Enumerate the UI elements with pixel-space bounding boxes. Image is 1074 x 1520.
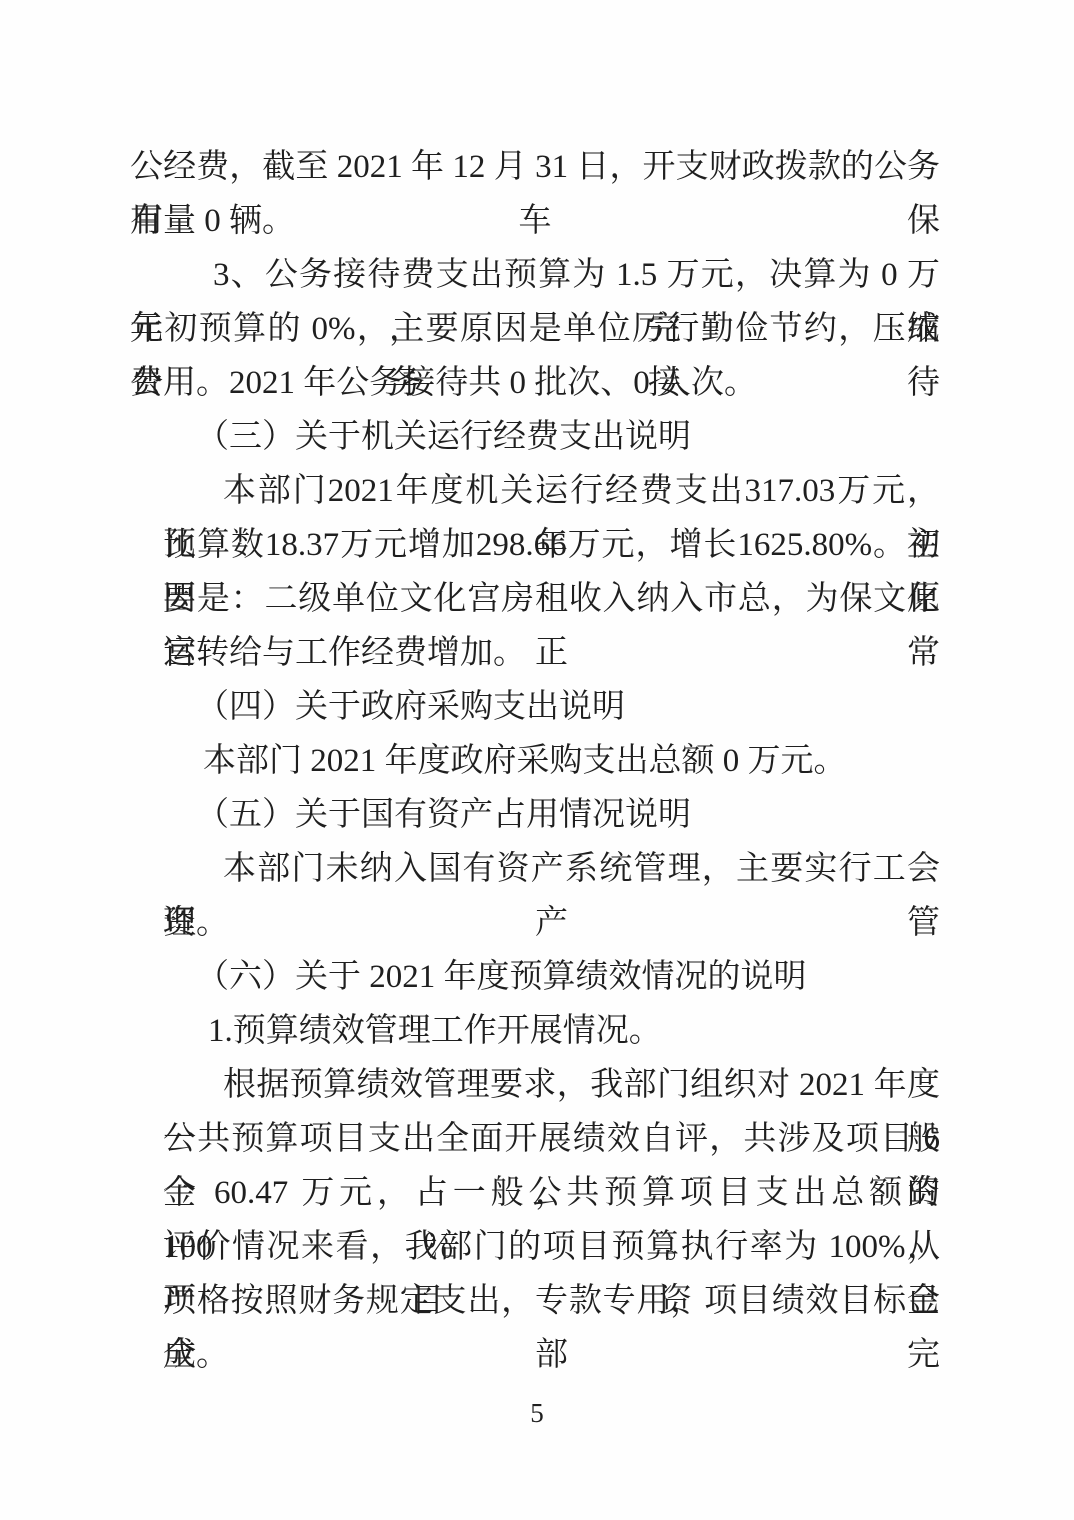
page-number: 5 (0, 1396, 1074, 1430)
text-line: 严格按照财务规定支出，专款专用，项目绩效目标已全部完 (163, 1274, 940, 1328)
text-line: 本部门未纳入国有资产系统管理，主要实行工会资产管 (163, 842, 940, 896)
text-line: 公共预算项目支出全面开展绩效自评，共涉及项目 6 个，资 (163, 1112, 940, 1166)
text-line: 预算数18.37万元增加298.66万元，增长1625.80%。主要原 (163, 518, 940, 572)
text-line: 公经费，截至 2021 年 12 月 31 日，开支财政拨款的公务用车保 (130, 140, 940, 194)
text-line: （六）关于 2021 年度预算绩效情况的说明 (196, 950, 940, 1004)
text-line: 本部门 2021 年度政府采购支出总额 0 万元。 (163, 734, 940, 788)
text-line: 因是：二级单位文化宫房租收入纳入市总，为保文化宫正常 (163, 572, 940, 626)
text-line: 金 60.47 万元，占一般公共预算项目支出总额的 100％。从 (163, 1166, 940, 1220)
text-line: （四）关于政府采购支出说明 (196, 680, 940, 734)
document-body: 公经费，截至 2021 年 12 月 31 日，开支财政拨款的公务用车保有量 0… (130, 140, 940, 1382)
text-line: 评价情况来看，我部门的项目预算执行率为 100%，项目资金 (163, 1220, 940, 1274)
document-page: 公经费，截至 2021 年 12 月 31 日，开支财政拨款的公务用车保有量 0… (0, 0, 1074, 1520)
text-line: 根据预算绩效管理要求，我部门组织对 2021 年度一般 (163, 1058, 940, 1112)
text-line: （五）关于国有资产占用情况说明 (196, 788, 940, 842)
text-line: 1.预算绩效管理工作开展情况。 (163, 1004, 940, 1058)
text-line: 本部门2021年度机关运行经费支出317.03万元，比年初 (163, 464, 940, 518)
text-line: 年初预算的 0%，主要原因是单位厉行勤俭节约，压缩公务接待 (130, 302, 940, 356)
text-line: 3、公务接待费支出预算为 1.5 万元，决算为 0 万元，完成 (130, 248, 940, 302)
text-line: （三）关于机关运行经费支出说明 (196, 410, 940, 464)
